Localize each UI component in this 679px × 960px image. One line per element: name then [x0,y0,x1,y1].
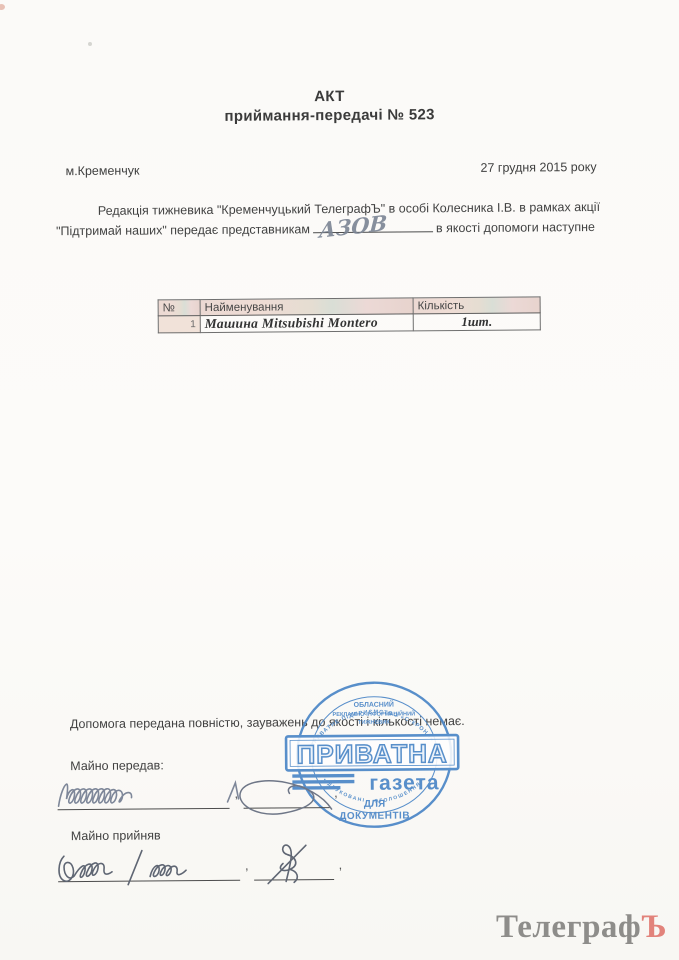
signature-line-giver-2 [243,781,329,809]
signature-receiver-flourish [255,841,327,888]
item-qty-cell: 1шт. [413,313,540,331]
scanned-document-page: АКТ приймання-передачі № 523 м.Кременчук… [0,0,679,960]
signature-giver [55,778,250,814]
stamp-for-line-1: ДЛЯ [364,799,385,810]
handwritten-recipient: АЗОВ [319,214,388,240]
document-title: АКТ приймання-передачі № 523 [0,84,662,127]
col-header-num: № [158,300,200,316]
stamp-sub-text: газета [369,771,439,795]
body-line-2-prefix: "Підтримай наших" передає представникам [56,220,310,240]
watermark-gray-part: Телеграф [496,909,641,945]
document-content: АКТ приймання-передачі № 523 м.Кременчук… [0,0,679,960]
watermark-red-part: Ъ [641,909,667,945]
stamp-for-line-2: ДОКУМЕНТІВ [339,810,410,822]
item-name-cell: Машина Mitsubishi Montero [200,314,413,333]
table-row: 1 Машина Mitsubishi Montero 1шт. [158,313,540,333]
signature-line-giver [57,782,229,810]
stamp-main-text: ПРИВАТНА [296,738,447,769]
meta-row: м.Кременчук 27 грудня 2015 року [66,160,597,178]
signature-line-receiver-2 [254,853,334,881]
date-label: 27 грудня 2015 року [480,160,596,175]
signature-receiver [56,847,246,888]
handed-over-label: Майно передав: [70,758,164,773]
stamp-inner-line-1: ОБЛАСНИЙ [354,700,394,709]
items-table: № Найменування Кількість 1 Машина Mitsub… [158,296,541,333]
signature-line-receiver [58,854,240,882]
body-line-2-suffix: в якості допомоги наступне [436,217,595,237]
body-paragraph: Редакція тижневика "Кременчуцький Телегр… [56,198,625,240]
recipient-blank-line: АЗОВ [313,218,433,233]
telegraf-watermark: ТелеграфЪ [496,909,667,946]
handed-over-signature-row: , , [57,778,342,810]
col-header-name: Найменування [200,298,413,316]
separator-comma: , [339,850,343,880]
received-signature-row: , , [58,850,347,882]
received-label: Майно прийняв [71,828,161,843]
signature-giver-flourish [233,775,337,820]
stamp-inner-line-3: ТИЖНЕВИК [358,720,390,726]
row-number-cell: 1 [158,316,200,333]
city-label: м.Кременчук [66,164,140,179]
title-line-2: приймання-передачі № 523 [0,103,662,127]
col-header-qty: Кількість [413,297,540,314]
